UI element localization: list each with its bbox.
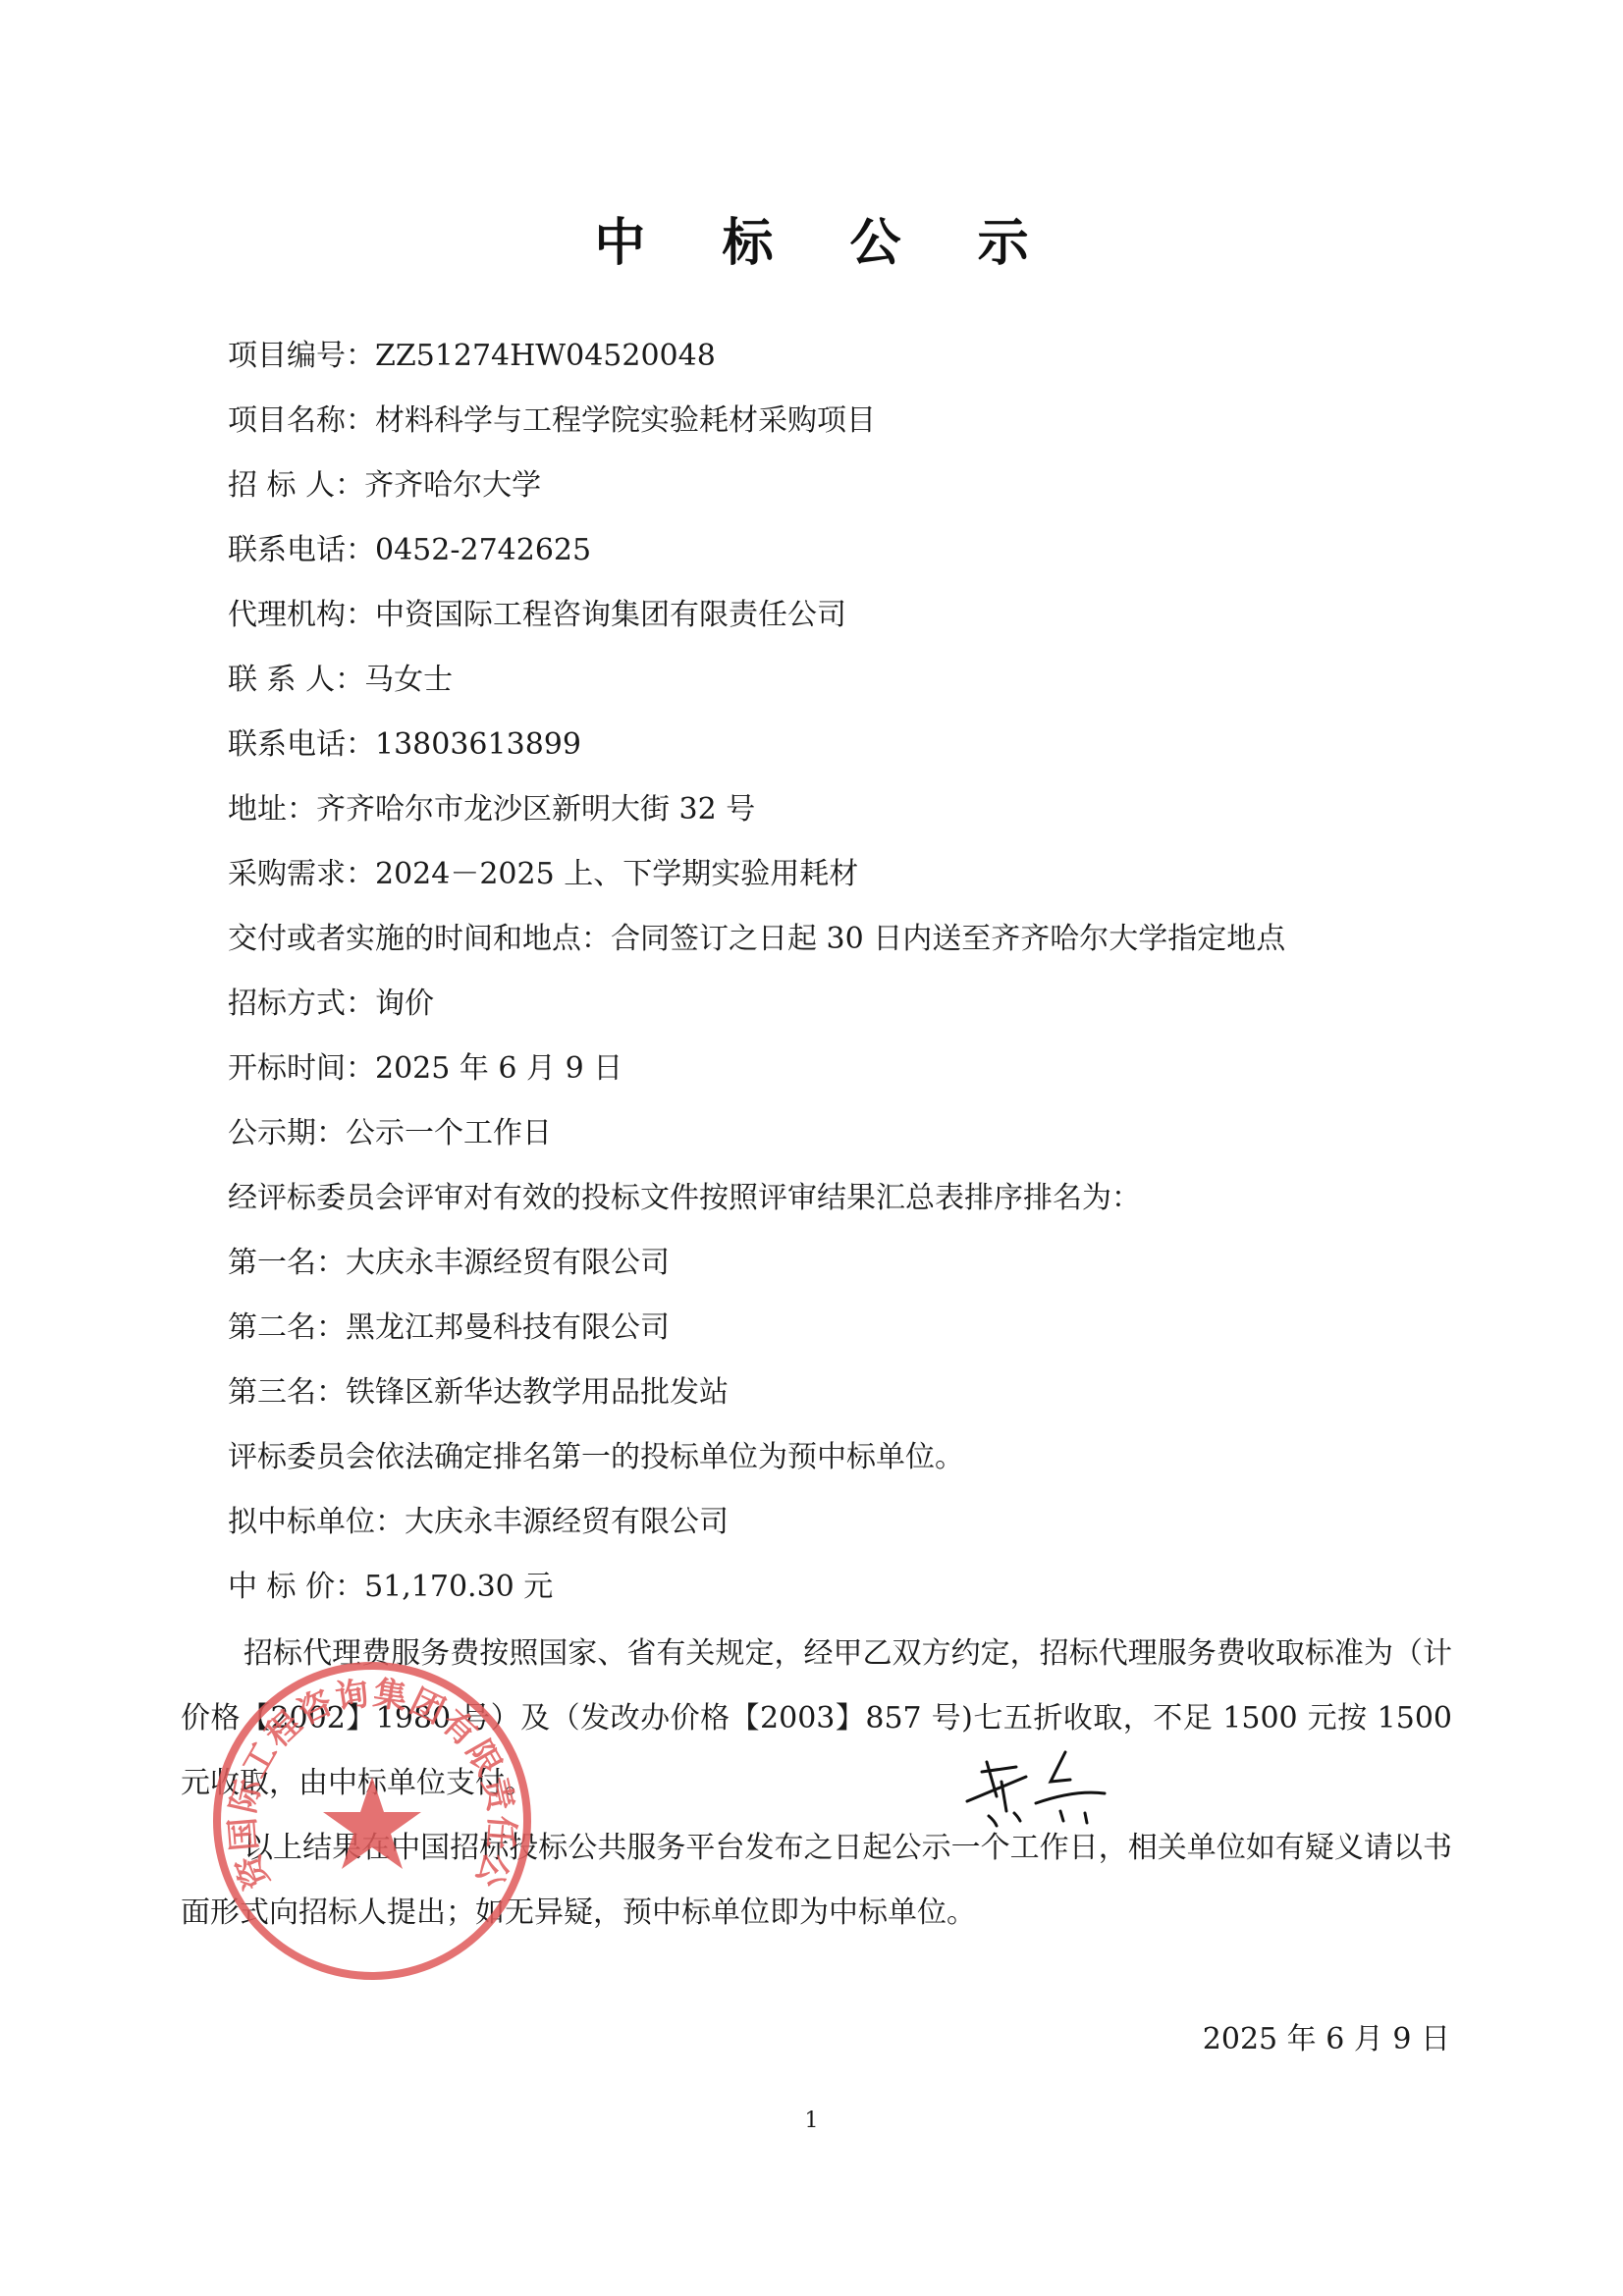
winning-price: 中 标 价：51,170.30 元	[228, 1568, 553, 1607]
field-tenderer-phone: 联系电话：0452-2742625	[228, 531, 591, 570]
field-contact-person: 联 系 人：马女士	[228, 661, 453, 700]
field-delivery: 交付或者实施的时间和地点：合同签订之日起 30 日内送至齐齐哈尔大学指定地点	[228, 920, 1285, 959]
field-label: 采购需求：	[228, 857, 375, 891]
document-date: 2025 年 6 月 9 日	[1203, 2020, 1450, 2059]
field-label: 公示期：	[228, 1116, 346, 1150]
title-text: 中 标 公 示	[565, 214, 1057, 273]
field-value: 齐齐哈尔市龙沙区新明大街 32 号	[316, 792, 755, 827]
field-value: 马女士	[364, 663, 453, 697]
field-value: 2025 年 6 月 9 日	[375, 1051, 622, 1086]
ranking-value: 黑龙江邦曼科技有限公司	[346, 1310, 670, 1345]
page-title: 中 标 公 示	[0, 201, 1623, 275]
field-label: 代理机构：	[228, 598, 375, 632]
field-publicity-period: 公示期：公示一个工作日	[228, 1114, 552, 1153]
ranking-second: 第二名：黑龙江邦曼科技有限公司	[228, 1308, 670, 1348]
field-label: 项目名称：	[228, 403, 375, 438]
field-label: 项目编号：	[228, 339, 375, 373]
field-project-number: 项目编号：ZZ51274HW04520048	[228, 337, 716, 376]
field-value: 0452-2742625	[375, 533, 591, 567]
field-label: 招 标 人：	[228, 468, 364, 503]
field-project-name: 项目名称：材料科学与工程学院实验耗材采购项目	[228, 401, 876, 441]
proposed-winner-label: 拟中标单位：	[228, 1505, 405, 1539]
field-bid-opening-time: 开标时间：2025 年 6 月 9 日	[228, 1049, 622, 1089]
field-label: 联 系 人：	[228, 663, 364, 697]
field-agency: 代理机构：中资国际工程咨询集团有限责任公司	[228, 596, 846, 635]
field-label: 联系电话：	[228, 727, 375, 762]
fee-paragraph-text: 招标代理费服务费按照国家、省有关规定，经甲乙双方约定，招标代理服务费收取标准为（…	[181, 1636, 1452, 1800]
notice-paragraph-text: 以上结果在中国招标投标公共服务平台发布之日起公示一个工作日，相关单位如有疑义请以…	[181, 1831, 1452, 1930]
winning-price-value: 51,170.30 元	[364, 1570, 553, 1604]
field-agency-phone: 联系电话：13803613899	[228, 725, 581, 765]
field-value: 齐齐哈尔大学	[364, 468, 541, 503]
ranking-third: 第三名：铁锋区新华达教学用品批发站	[228, 1373, 729, 1413]
ranking-label: 第三名：	[228, 1375, 346, 1410]
proposed-winner-value: 大庆永丰源经贸有限公司	[405, 1505, 729, 1539]
field-value: 中资国际工程咨询集团有限责任公司	[375, 598, 846, 632]
ranking-label: 第二名：	[228, 1310, 346, 1345]
ranking-value: 铁锋区新华达教学用品批发站	[346, 1375, 729, 1410]
field-procurement-need: 采购需求：2024－2025 上、下学期实验用耗材	[228, 855, 858, 894]
field-label: 开标时间：	[228, 1051, 375, 1086]
field-value: 公示一个工作日	[346, 1116, 552, 1150]
fee-paragraph: 招标代理费服务费按照国家、省有关规定，经甲乙双方约定，招标代理服务费收取标准为（…	[181, 1622, 1452, 1816]
ranking-value: 大庆永丰源经贸有限公司	[346, 1246, 670, 1280]
field-label: 地址：	[228, 792, 316, 827]
notice-paragraph: 以上结果在中国招标投标公共服务平台发布之日起公示一个工作日，相关单位如有疑义请以…	[181, 1816, 1452, 1946]
field-value: 13803613899	[375, 727, 581, 762]
committee-decision: 评标委员会依法确定排名第一的投标单位为预中标单位。	[228, 1438, 964, 1477]
field-value: 询价	[375, 987, 434, 1021]
ranking-label: 第一名：	[228, 1246, 346, 1280]
ranking-intro: 经评标委员会评审对有效的投标文件按照评审结果汇总表排序排名为：	[228, 1179, 1141, 1218]
document-page: 中 标 公 示 项目编号：ZZ51274HW04520048 项目名称：材料科学…	[0, 0, 1623, 2296]
field-label: 交付或者实施的时间和地点：	[228, 922, 611, 956]
winning-price-label: 中 标 价：	[228, 1570, 364, 1604]
field-label: 招标方式：	[228, 987, 375, 1021]
field-value: ZZ51274HW04520048	[375, 339, 716, 373]
field-tenderer: 招 标 人：齐齐哈尔大学	[228, 466, 541, 506]
field-label: 联系电话：	[228, 533, 375, 567]
field-tender-method: 招标方式：询价	[228, 985, 434, 1024]
field-value: 2024－2025 上、下学期实验用耗材	[375, 857, 858, 891]
page-number: 1	[0, 2109, 1623, 2133]
field-value: 材料科学与工程学院实验耗材采购项目	[375, 403, 876, 438]
field-value: 合同签订之日起 30 日内送至齐齐哈尔大学指定地点	[611, 922, 1285, 956]
ranking-first: 第一名：大庆永丰源经贸有限公司	[228, 1244, 670, 1283]
proposed-winner: 拟中标单位：大庆永丰源经贸有限公司	[228, 1503, 729, 1542]
field-address: 地址：齐齐哈尔市龙沙区新明大街 32 号	[228, 790, 755, 829]
